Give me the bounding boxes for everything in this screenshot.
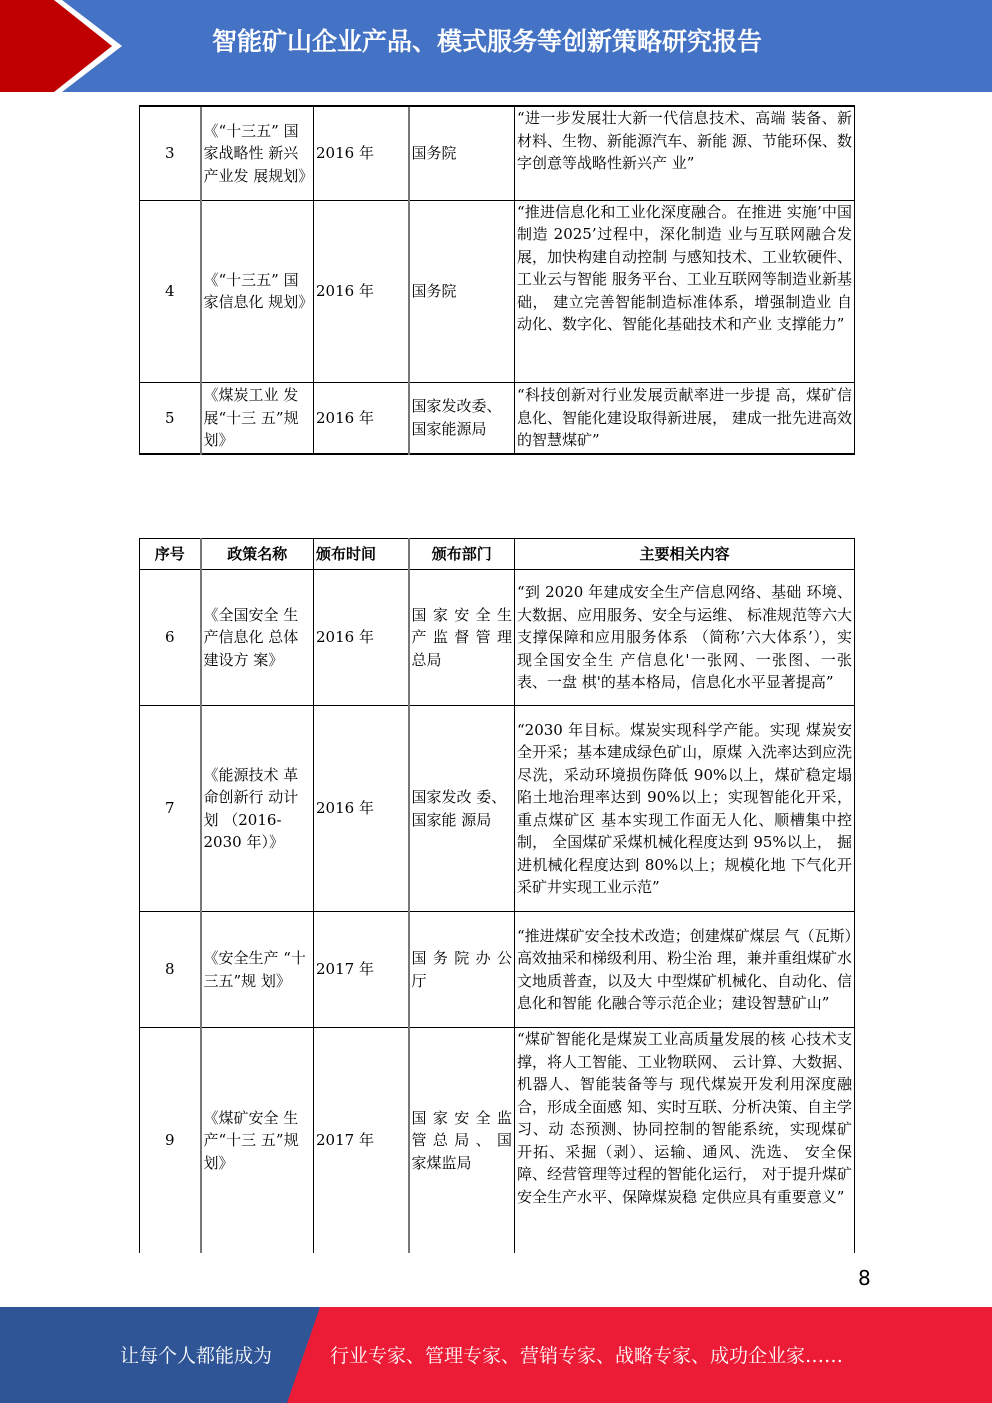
row-number: 6 bbox=[140, 570, 201, 706]
issue-year: 2016 年 bbox=[314, 382, 409, 454]
header-issue-year: 颁布时间 bbox=[314, 539, 409, 570]
table-row: 4 《“十三五” 国家信息化 规划》 2016 年 国务院 “推进信息化和工业化… bbox=[140, 200, 855, 382]
policy-content: “到 2020 年建成安全生产信息网络、基础 环境、大数据、应用服务、安全与运维… bbox=[515, 570, 855, 706]
report-title: 智能矿山企业产品、模式服务等创新策略研究报告 bbox=[212, 22, 762, 62]
table-row: 8 《安全生产 “十三五”规 划》 2017 年 国 务 院 办 公 厅 “推进… bbox=[140, 912, 855, 1028]
issue-year: 2017 年 bbox=[314, 912, 409, 1028]
issuing-department: 国 家 安 全 监 管 总 局 、 国 家煤监局 bbox=[409, 1028, 515, 1253]
policy-table-continued: 3 《“十三五” 国家战略性 新兴产业发 展规划》 2016 年 国务院 “进一… bbox=[139, 105, 855, 455]
policy-name: 《安全生产 “十三五”规 划》 bbox=[201, 912, 314, 1028]
row-number: 4 bbox=[140, 200, 201, 382]
policy-content: “推进信息化和工业化深度融合。在推进 实施’中国制造 2025’过程中，深化制造… bbox=[515, 200, 855, 382]
header-number: 序号 bbox=[140, 539, 201, 570]
policy-name: 《能源技术 革命创新行 动计划 （2016-2030 年）》 bbox=[201, 706, 314, 912]
footer-slogan-right: 行业专家、管理专家、营销专家、战略专家、成功企业家…… bbox=[330, 1341, 843, 1368]
issue-year: 2016 年 bbox=[314, 570, 409, 706]
row-number: 5 bbox=[140, 382, 201, 454]
issuing-department: 国家发改委、国家能源局 bbox=[409, 382, 515, 454]
page-header: 智能矿山企业产品、模式服务等创新策略研究报告 bbox=[0, 0, 992, 92]
issue-year: 2016 年 bbox=[314, 200, 409, 382]
table-row: 3 《“十三五” 国家战略性 新兴产业发 展规划》 2016 年 国务院 “进一… bbox=[140, 106, 855, 200]
issuing-department: 国务院 bbox=[409, 106, 515, 200]
row-number: 3 bbox=[140, 106, 201, 200]
policy-name: 《煤炭工业 发展“十三 五”规划》 bbox=[201, 382, 314, 454]
header-content: 主要相关内容 bbox=[515, 539, 855, 570]
page-number: 8 bbox=[858, 1266, 871, 1290]
issuing-department: 国务院 bbox=[409, 200, 515, 382]
issuing-department: 国 务 院 办 公 厅 bbox=[409, 912, 515, 1028]
table-row: 9 《煤矿安全 生产“十三 五”规划》 2017 年 国 家 安 全 监 管 总… bbox=[140, 1028, 855, 1253]
policy-name: 《“十三五” 国家战略性 新兴产业发 展规划》 bbox=[201, 106, 314, 200]
table-row: 5 《煤炭工业 发展“十三 五”规划》 2016 年 国家发改委、国家能源局 “… bbox=[140, 382, 855, 454]
issue-year: 2017 年 bbox=[314, 1028, 409, 1253]
table-row: 7 《能源技术 革命创新行 动计划 （2016-2030 年）》 2016 年 … bbox=[140, 706, 855, 912]
policy-content: “2030 年目标。煤炭实现科学产能。实现 煤炭安全开采；基本建成绿色矿山，原煤… bbox=[515, 706, 855, 912]
row-number: 9 bbox=[140, 1028, 201, 1253]
policy-name: 《“十三五” 国家信息化 规划》 bbox=[201, 200, 314, 382]
row-number: 7 bbox=[140, 706, 201, 912]
policy-name: 《煤矿安全 生产“十三 五”规划》 bbox=[201, 1028, 314, 1253]
footer-slogan-left: 让每个人都能成为 bbox=[120, 1341, 272, 1368]
policy-content: “推进煤矿安全技术改造；创建煤矿煤层 气（瓦斯）高效抽采和梯级利用、粉尘治 理，… bbox=[515, 912, 855, 1028]
policy-table: 序号 政策名称 颁布时间 颁布部门 主要相关内容 6 《全国安全 生产信息化 总… bbox=[139, 538, 855, 1253]
policy-content: “进一步发展壮大新一代信息技术、高端 装备、新材料、生物、新能源汽车、新能 源、… bbox=[515, 106, 855, 200]
issuing-department: 国 家 安 全 生 产 监 督 管 理 总局 bbox=[409, 570, 515, 706]
header-department: 颁布部门 bbox=[409, 539, 515, 570]
policy-content: “煤矿智能化是煤炭工业高质量发展的核 心技术支撑，将人工智能、工业物联网、 云计… bbox=[515, 1028, 855, 1253]
issuing-department: 国家发改 委、国家能 源局 bbox=[409, 706, 515, 912]
table-header-row: 序号 政策名称 颁布时间 颁布部门 主要相关内容 bbox=[140, 539, 855, 570]
policy-content: “科技创新对行业发展贡献率进一步提 高，煤矿信息化、智能化建设取得新进展， 建成… bbox=[515, 382, 855, 454]
policy-name: 《全国安全 生产信息化 总体建设方 案》 bbox=[201, 570, 314, 706]
chevron-decoration-icon bbox=[0, 0, 140, 92]
table-row: 6 《全国安全 生产信息化 总体建设方 案》 2016 年 国 家 安 全 生 … bbox=[140, 570, 855, 706]
issue-year: 2016 年 bbox=[314, 106, 409, 200]
issue-year: 2016 年 bbox=[314, 706, 409, 912]
page-footer: 让每个人都能成为 行业专家、管理专家、营销专家、战略专家、成功企业家…… bbox=[0, 1307, 992, 1403]
header-policy-name: 政策名称 bbox=[201, 539, 314, 570]
row-number: 8 bbox=[140, 912, 201, 1028]
